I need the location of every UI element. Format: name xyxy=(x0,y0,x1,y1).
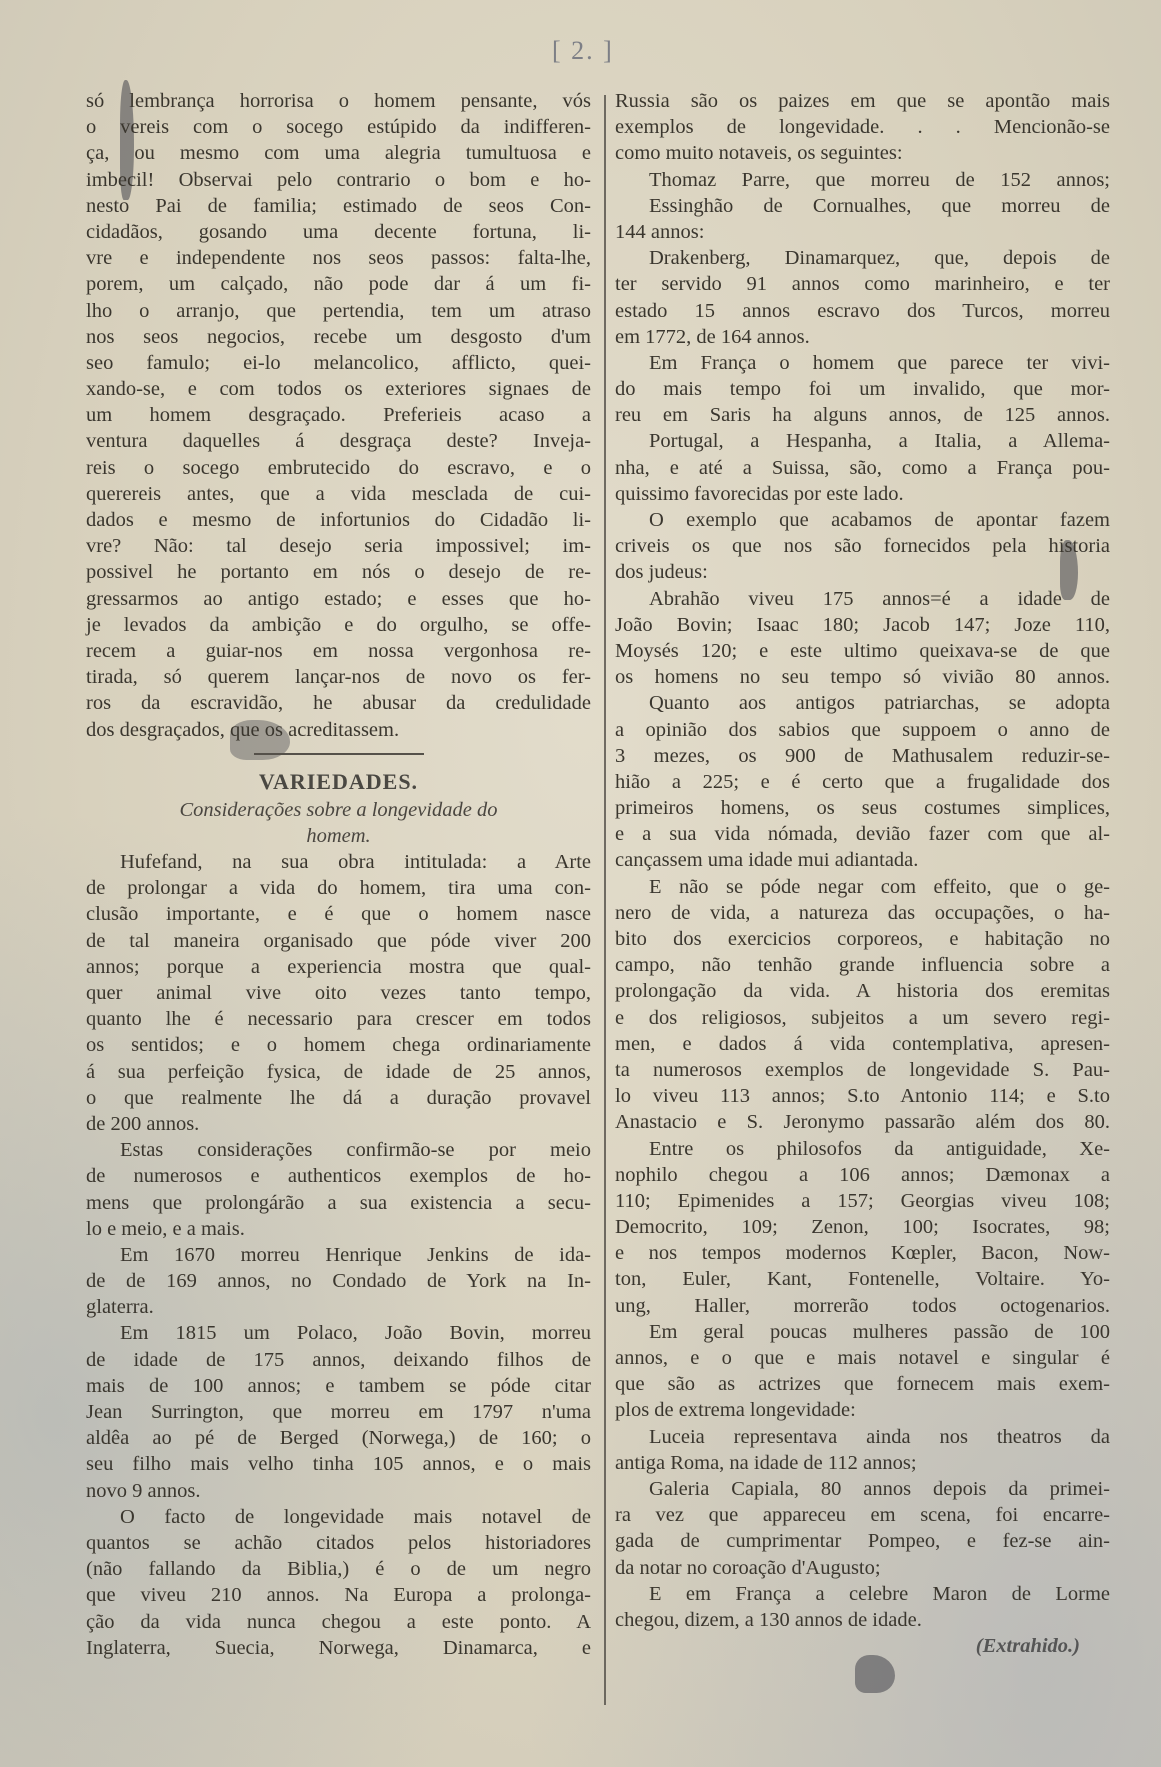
text-line: os sentidos; e o homem chega ordinariame… xyxy=(86,1032,591,1058)
text-line: ter servido 91 annos como marinheiro, e … xyxy=(615,271,1110,297)
text-line: lo e meio, e a mais. xyxy=(86,1216,591,1242)
text-line: Em França o homem que parece ter vivi- xyxy=(615,350,1110,376)
text-line: ção da vida nunca chegou a este ponto. A xyxy=(86,1609,591,1635)
text-line: gressarmos ao antigo estado; e esses que… xyxy=(86,586,591,612)
text-line: tirada, só querem lançar-nos de novo os … xyxy=(86,664,591,690)
text-line: os homens no seu tempo só vivião 80 anno… xyxy=(615,664,1110,690)
text-line: só lembrança horrorisa o homem pensante,… xyxy=(86,88,591,114)
text-line: porem, um calçado, não pode dar á um fi- xyxy=(86,271,591,297)
text-line: nos seos negocios, recebe um desgosto d'… xyxy=(86,324,591,350)
text-line: 110; Epimenides a 157; Georgias viveu 10… xyxy=(615,1188,1110,1214)
text-line: estado 15 annos escravo dos Turcos, morr… xyxy=(615,298,1110,324)
text-line: Galeria Capiala, 80 annos depois da prim… xyxy=(615,1476,1110,1502)
left-column: só lembrança horrorisa o homem pensante,… xyxy=(86,88,591,1661)
article-subtitle: homem. xyxy=(86,823,591,849)
text-line: que são as actrizes que fornecem mais ex… xyxy=(615,1371,1110,1397)
text-line: possivel he portanto em nós o desejo de … xyxy=(86,559,591,585)
text-line: dados e mesmo de infortunios do Cidadão … xyxy=(86,507,591,533)
text-line: (não fallando da Biblia,) é o de um negr… xyxy=(86,1556,591,1582)
text-line: novo 9 annos. xyxy=(86,1478,591,1504)
text-line: je levados da ambição e do orgulho, se o… xyxy=(86,612,591,638)
text-line: lo viveu 113 annos; S.to Antonio 114; e … xyxy=(615,1083,1110,1109)
text-line: ung, Haller, morrerão todos octogenarios… xyxy=(615,1293,1110,1319)
text-line: 3 mezes, os 900 de Mathusalem reduzir-se… xyxy=(615,743,1110,769)
text-line: glaterra. xyxy=(86,1294,591,1320)
text-line: de tal maneira organisado que póde viver… xyxy=(86,928,591,954)
text-line: imbecil! Observai pelo contrario o bom e… xyxy=(86,167,591,193)
text-line: Luceia representava ainda nos theatros d… xyxy=(615,1424,1110,1450)
text-line: quer animal vive oito vezes tanto tempo, xyxy=(86,980,591,1006)
text-line: xando-se, e com todos os exteriores sign… xyxy=(86,376,591,402)
column-divider xyxy=(604,95,606,1705)
text-line: O facto de longevidade mais notavel de xyxy=(86,1504,591,1530)
text-line: quissimo favorecidas por este lado. xyxy=(615,481,1110,507)
text-line: vre? Não: tal desejo seria impossivel; i… xyxy=(86,533,591,559)
text-line: o que realmente lhe dá a duração provave… xyxy=(86,1085,591,1111)
text-line: 144 annos: xyxy=(615,219,1110,245)
text-line: nesto Pai de familia; estimado de seos C… xyxy=(86,193,591,219)
text-line: do mais tempo foi um invalido, que mor- xyxy=(615,376,1110,402)
text-line: seo famulo; ei-lo melancolico, afflicto,… xyxy=(86,350,591,376)
text-line: á sua perfeição fysica, de idade de 25 a… xyxy=(86,1059,591,1085)
text-line: de de 169 annos, no Condado de York na I… xyxy=(86,1268,591,1294)
text-line: dos judeus: xyxy=(615,559,1110,585)
text-line: Portugal, a Hespanha, a Italia, a Allema… xyxy=(615,428,1110,454)
text-line: ra vez que appareceu em scena, foi encar… xyxy=(615,1502,1110,1528)
text-line: como muito notaveis, os seguintes: xyxy=(615,140,1110,166)
text-line: ta numerosos exemplos de longevidade S. … xyxy=(615,1057,1110,1083)
text-line: ros da escravidão, he abusar da credulid… xyxy=(86,690,591,716)
text-line: nha, e até a Suissa, são, como a França … xyxy=(615,455,1110,481)
text-line: Estas considerações confirmão-se por mei… xyxy=(86,1137,591,1163)
text-line: de 200 annos. xyxy=(86,1111,591,1137)
section-title: VARIEDADES. xyxy=(86,767,591,797)
text-line: quantos se achão citados pelos historiad… xyxy=(86,1530,591,1556)
text-line: Quanto aos antigos patriarchas, se adopt… xyxy=(615,690,1110,716)
text-line: ton, Euler, Kant, Fontenelle, Voltaire. … xyxy=(615,1266,1110,1292)
text-line: e dos religiosos, subjeitos a um severo … xyxy=(615,1005,1110,1031)
text-line: reis o socego embrutecido do escravo, e … xyxy=(86,455,591,481)
right-column: Russia são os paizes em que se apontão m… xyxy=(615,88,1110,1659)
text-line: men, e dados á vida contemplativa, apres… xyxy=(615,1031,1110,1057)
text-line: primeiros homens, os seus costumes simpl… xyxy=(615,795,1110,821)
text-line: aldêa ao pé de Berged (Norwega,) de 160;… xyxy=(86,1425,591,1451)
text-line: de idade de 175 annos, deixando filhos d… xyxy=(86,1347,591,1373)
article-source-signature: (Extrahido.) xyxy=(615,1633,1110,1659)
text-line: criveis os que nos são fornecidos pela h… xyxy=(615,533,1110,559)
text-line: chegou, dizem, a 130 annos de idade. xyxy=(615,1607,1110,1633)
text-line: annos, e o que e mais notavel e singular… xyxy=(615,1345,1110,1371)
text-line: O exemplo que acabamos de apontar fazem xyxy=(615,507,1110,533)
text-line: cidadãos, gosando uma decente fortuna, l… xyxy=(86,219,591,245)
text-line: seu filho mais velho tinha 105 annos, e … xyxy=(86,1451,591,1477)
page-number: [ 2. ] xyxy=(552,36,614,66)
text-line: e nos tempos modernos Kœpler, Bacon, Now… xyxy=(615,1240,1110,1266)
text-line: João Bovin; Isaac 180; Jacob 147; Joze 1… xyxy=(615,612,1110,638)
text-line: de prolongar a vida do homem, tira uma c… xyxy=(86,875,591,901)
text-line: lho o arranjo, que pertendia, tem um atr… xyxy=(86,298,591,324)
text-line: Hufefand, na sua obra intitulada: a Arte xyxy=(86,849,591,875)
text-line: reu em Saris ha alguns annos, de 125 ann… xyxy=(615,402,1110,428)
article-subtitle: Considerações sobre a longevidade do xyxy=(86,797,591,823)
text-line: Entre os philosofos da antiguidade, Xe- xyxy=(615,1136,1110,1162)
text-line: prolongação da vida. A historia dos erem… xyxy=(615,978,1110,1004)
newspaper-page: [ 2. ] só lembrança horrorisa o homem pe… xyxy=(0,0,1161,1767)
text-line: ça, ou mesmo com uma alegria tumultuosa … xyxy=(86,140,591,166)
text-line: o vereis com o socego estúpido da indiff… xyxy=(86,114,591,140)
text-line: Inglaterra, Suecia, Norwega, Dinamarca, … xyxy=(86,1635,591,1661)
text-line: em 1772, de 164 annos. xyxy=(615,324,1110,350)
text-line: da notar no coroação d'Augusto; xyxy=(615,1555,1110,1581)
text-line: mais de 100 annos; e tambem se póde cita… xyxy=(86,1373,591,1399)
text-line: E não se póde negar com effeito, que o g… xyxy=(615,874,1110,900)
text-line: Russia são os paizes em que se apontão m… xyxy=(615,88,1110,114)
text-line: bito dos exercicios corporeos, e habitaç… xyxy=(615,926,1110,952)
text-line: Anastacio e S. Jeronymo passarão além do… xyxy=(615,1109,1110,1135)
text-line: Moysés 120; e este ultimo queixava-se de… xyxy=(615,638,1110,664)
text-line: annos; porque a experiencia mostra que q… xyxy=(86,954,591,980)
text-line: nophilo chegou a 106 annos; Dæmonax a xyxy=(615,1162,1110,1188)
text-line: Drakenberg, Dinamarquez, que, depois de xyxy=(615,245,1110,271)
text-line: ventura daquelles á desgraça deste? Inve… xyxy=(86,428,591,454)
text-line: recem a guiar-nos em nossa vergonhosa re… xyxy=(86,638,591,664)
text-line: antiga Roma, na idade de 112 annos; xyxy=(615,1450,1110,1476)
text-line: Em 1670 morreu Henrique Jenkins de ida- xyxy=(86,1242,591,1268)
text-line: a opinião dos sabios que suppoem o anno … xyxy=(615,717,1110,743)
text-line: mens que prolongárão a sua existencia a … xyxy=(86,1190,591,1216)
text-line: dos desgraçados, que os acreditassem. xyxy=(86,717,591,743)
section-separator xyxy=(254,753,424,755)
text-line: clusão importante, e é que o homem nasce xyxy=(86,901,591,927)
text-line: hião a 225; e é certo que a frugalidade … xyxy=(615,769,1110,795)
text-line: quanto lhe é necessario para crescer em … xyxy=(86,1006,591,1032)
text-line: Jean Surrington, que morreu em 1797 n'um… xyxy=(86,1399,591,1425)
text-line: Essinghão de Cornualhes, que morreu de xyxy=(615,193,1110,219)
text-line: e a sua vida nómada, devião fazer com qu… xyxy=(615,821,1110,847)
text-line: Thomaz Parre, que morreu de 152 annos; xyxy=(615,167,1110,193)
text-line: cançassem uma idade mui adiantada. xyxy=(615,847,1110,873)
text-line: E em França a celebre Maron de Lorme xyxy=(615,1581,1110,1607)
text-line: que viveu 210 annos. Na Europa a prolong… xyxy=(86,1582,591,1608)
text-line: nero de vida, a natureza das occupações,… xyxy=(615,900,1110,926)
text-line: Em geral poucas mulheres passão de 100 xyxy=(615,1319,1110,1345)
text-line: um homem desgraçado. Preferieis acaso a xyxy=(86,402,591,428)
text-line: vre e independente nos seos passos: falt… xyxy=(86,245,591,271)
text-line: gada de cumprimentar Pompeo, e fez-se ai… xyxy=(615,1528,1110,1554)
text-line: querereis antes, que a vida mesclada de … xyxy=(86,481,591,507)
text-line: Em 1815 um Polaco, João Bovin, morreu xyxy=(86,1320,591,1346)
text-line: de numerosos e authenticos exemplos de h… xyxy=(86,1163,591,1189)
ink-stain xyxy=(855,1655,895,1693)
text-line: Democrito, 109; Zenon, 100; Isocrates, 9… xyxy=(615,1214,1110,1240)
text-line: Abrahão viveu 175 annos=é a idade de xyxy=(615,586,1110,612)
text-line: campo, não tenhão grande influencia sobr… xyxy=(615,952,1110,978)
text-line: exemplos de longevidade. . . Mencionão-s… xyxy=(615,114,1110,140)
text-line: plos de extrema longevidade: xyxy=(615,1397,1110,1423)
